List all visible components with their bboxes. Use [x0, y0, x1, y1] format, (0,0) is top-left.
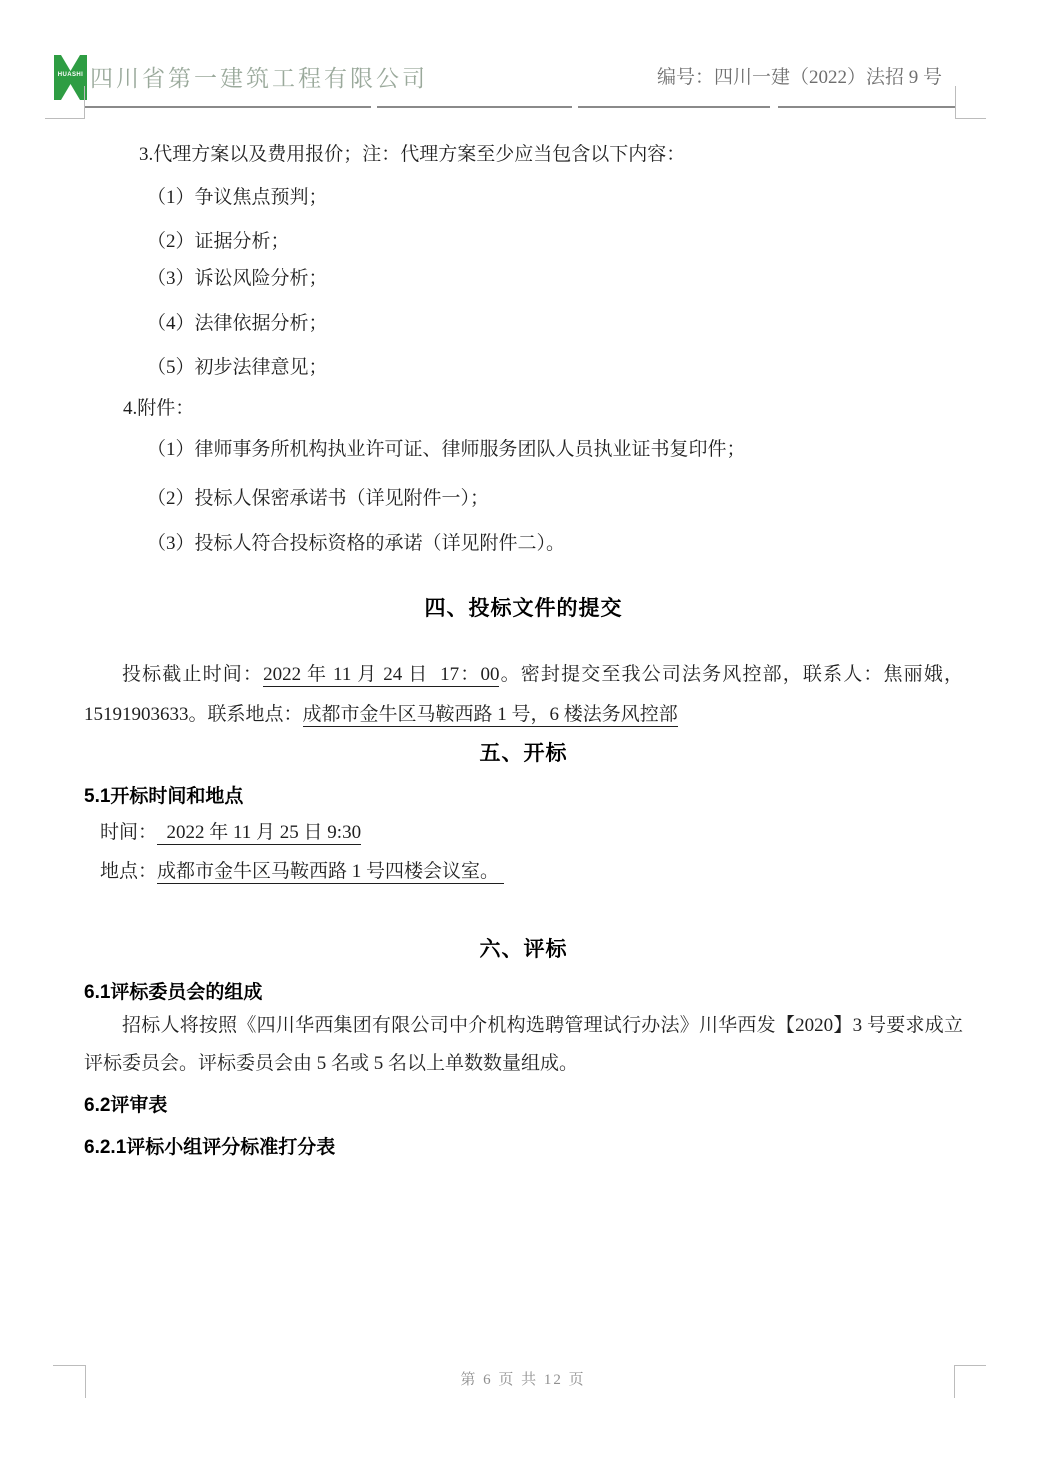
section-4-title: 四、投标文件的提交	[84, 592, 963, 622]
list-item-4: 4.附件：	[123, 393, 194, 420]
logo-word: HUASHI	[54, 72, 87, 78]
list-item-4-2: （2）投标人保密承诺书（详见附件一）；	[147, 483, 489, 510]
list-item-3: 3.代理方案以及费用报价；注：代理方案至少应当包含以下内容：	[139, 139, 685, 166]
heading-5-1: 5.1开标时间和地点	[84, 781, 243, 808]
list-item-4-3: （3）投标人符合投标资格的承诺（详见附件二）。	[147, 528, 565, 555]
heading-6-2: 6.2评审表	[84, 1090, 167, 1117]
list-item-3-2: （2）证据分析；	[147, 226, 290, 253]
logo-bottom-wedge	[61, 84, 80, 100]
company-name: 四川省第一建筑工程有限公司	[90, 60, 428, 93]
corner-mark	[45, 118, 85, 119]
submission-deadline: 2022 年 11 月 24 日 17：00	[263, 664, 499, 687]
corner-mark	[53, 1365, 85, 1366]
document-page: HUASHI 四川省第一建筑工程有限公司 编号：四川一建（2022）法招 9 号…	[0, 0, 1046, 1478]
corner-mark	[954, 1365, 986, 1366]
open-bid-place-line: 地点：成都市金牛区马鞍西路 1 号四楼会议室。	[100, 856, 504, 883]
logo-top-wedge	[61, 55, 80, 71]
list-item-3-4: （4）法律依据分析；	[147, 308, 328, 335]
submission-paragraph: 投标截止时间：2022 年 11 月 24 日 17：00。密封提交至我公司法务…	[84, 655, 963, 735]
place-label: 地点：	[100, 861, 157, 882]
corner-mark	[955, 86, 956, 119]
list-item-4-1: （1）律师事务所机构执业许可证、律师服务团队人员执业证书复印件；	[147, 434, 746, 461]
heading-6-1: 6.1评标委员会的组成	[84, 977, 262, 1004]
submission-address: 成都市金牛区马鞍西路 1 号，6 楼法务风控部	[303, 704, 678, 727]
doc-number: 编号：四川一建（2022）法招 9 号	[657, 62, 942, 89]
heading-6-2-1: 6.2.1评标小组评分标准打分表	[84, 1132, 335, 1159]
section-6-title: 六、评标	[84, 933, 963, 963]
committee-paragraph: 招标人将按照《四川华西集团有限公司中介机构选聘管理试行办法》川华西发【2020】…	[84, 1007, 963, 1083]
list-item-3-3: （3）诉讼风险分析；	[147, 263, 328, 290]
time-label: 时间：	[100, 822, 157, 843]
list-item-3-5: （5）初步法律意见；	[147, 352, 328, 379]
header-rule-segment	[578, 106, 770, 108]
list-item-3-1: （1）争议焦点预判；	[147, 182, 328, 209]
corner-mark	[955, 118, 986, 119]
huashi-logo-icon: HUASHI	[54, 55, 87, 100]
header-rule-segment	[778, 106, 955, 108]
section-5-title: 五、开标	[84, 737, 963, 767]
corner-mark	[84, 86, 85, 119]
place-value: 成都市金牛区马鞍西路 1 号四楼会议室。	[157, 861, 504, 884]
header-rule-segment	[377, 106, 572, 108]
submission-lead: 投标截止时间：	[122, 664, 263, 685]
time-value: 2022 年 11 月 25 日 9:30	[157, 822, 361, 845]
open-bid-time-line: 时间： 2022 年 11 月 25 日 9:30	[100, 817, 361, 844]
header-rule-segment	[85, 106, 371, 108]
page-number: 第 6 页 共 12 页	[0, 1368, 1046, 1389]
